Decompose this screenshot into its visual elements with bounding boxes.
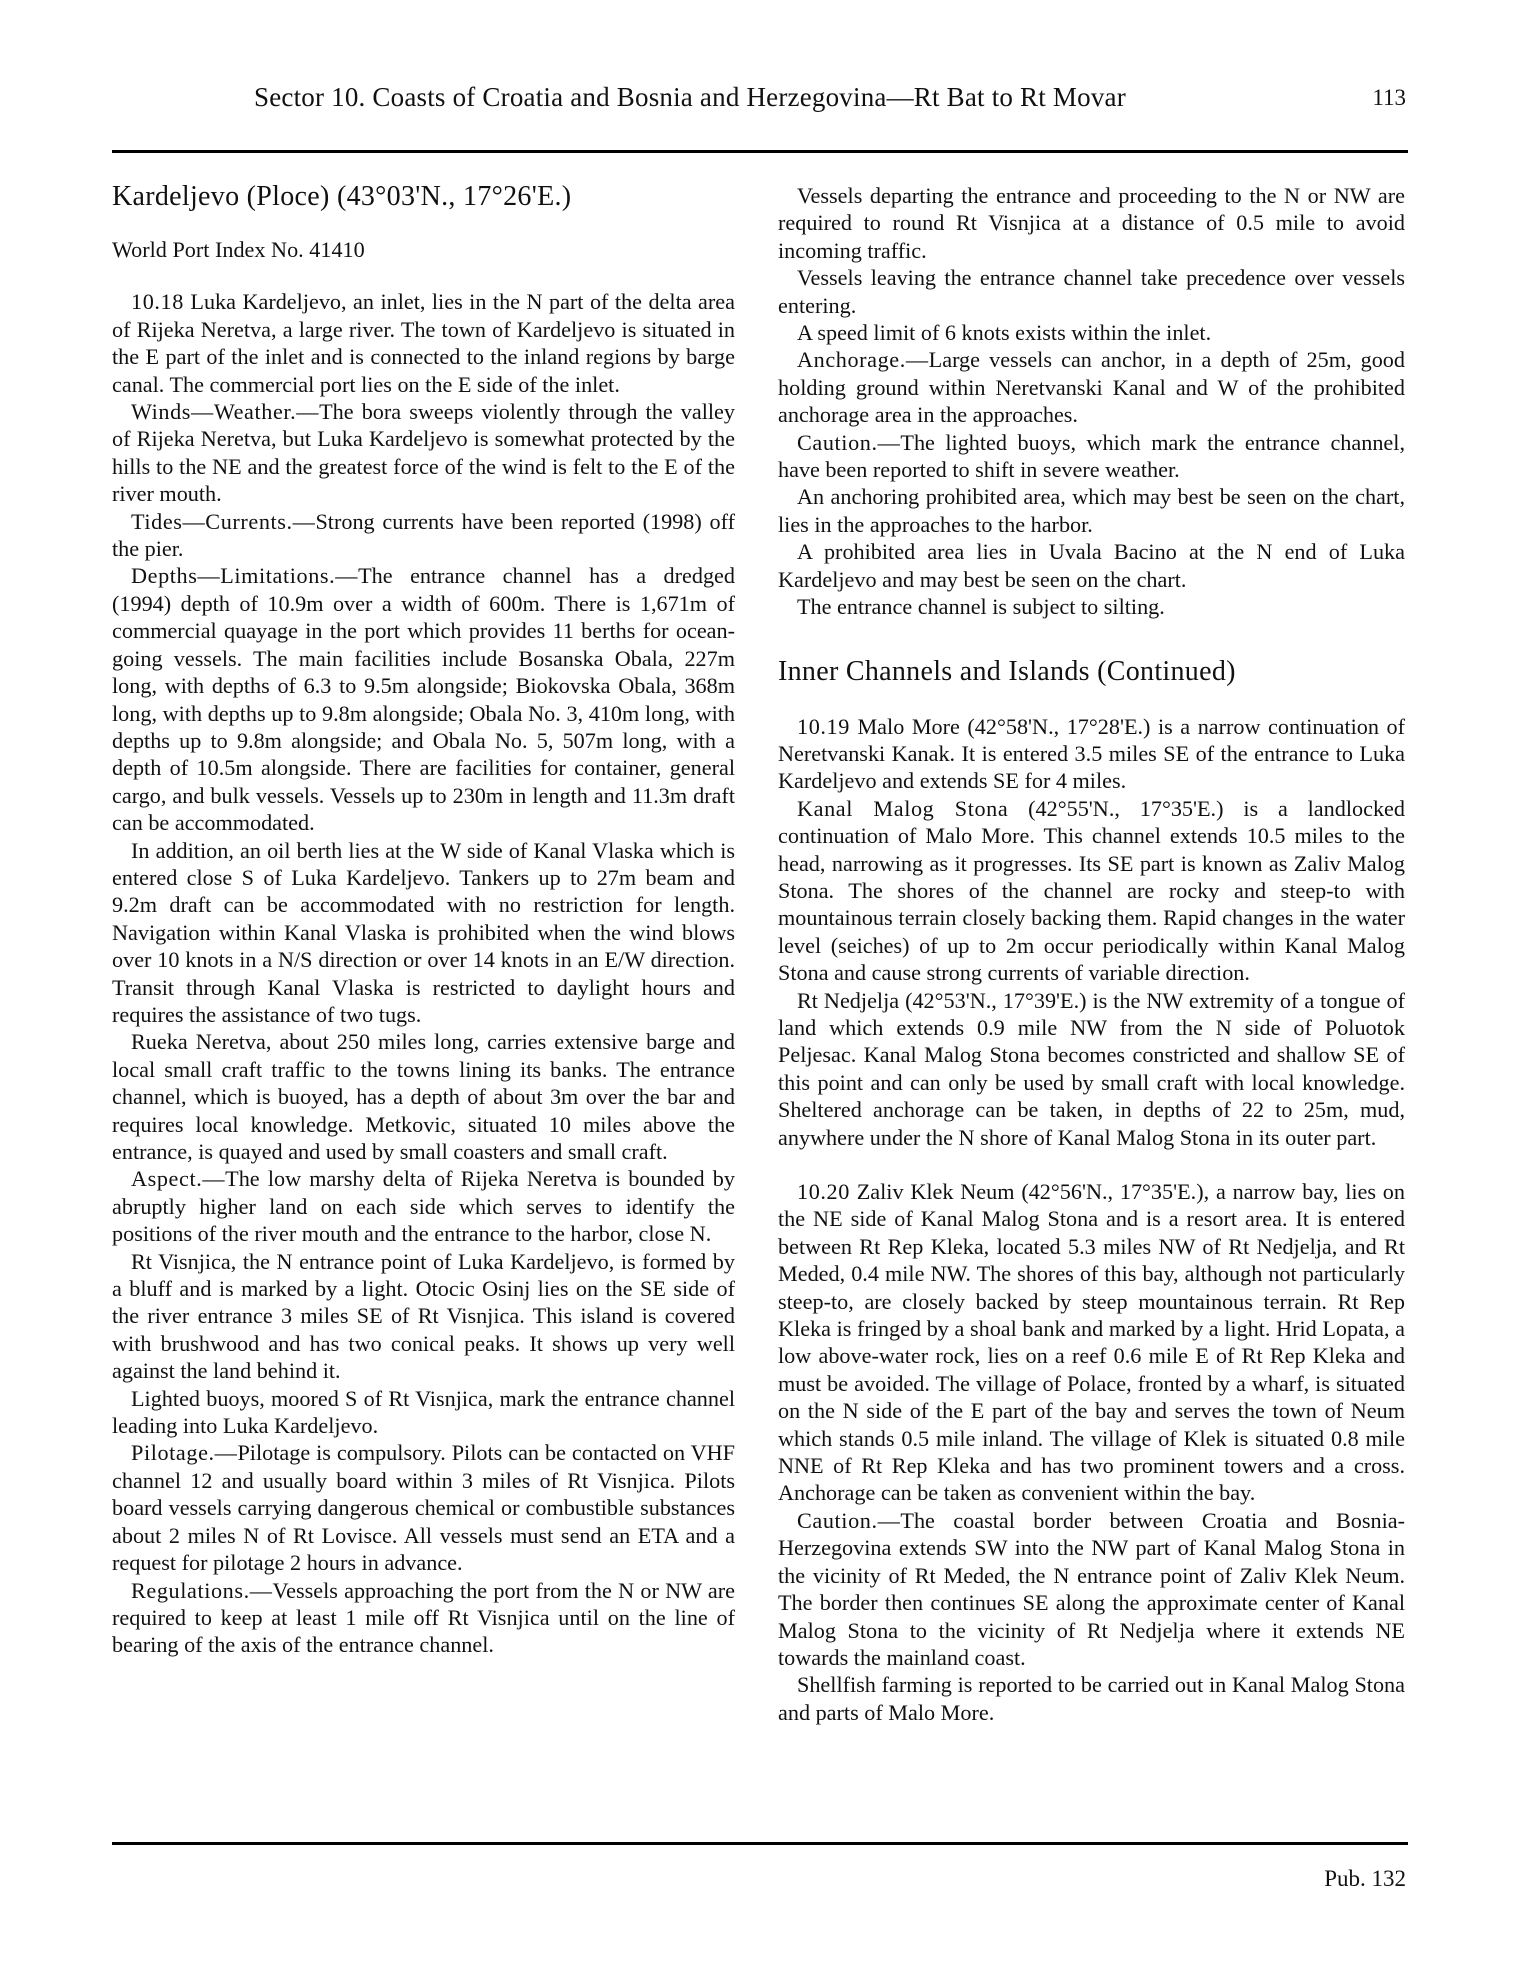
paragraph-rt-nedjelja: Rt Nedjelja (42°53'N., 17°39'E.) is the …	[778, 987, 1405, 1151]
paragraph-kanal-malog-stona: Kanal Malog Stona (42°55'N., 17°35'E.) i…	[778, 795, 1405, 987]
para-lead: Caution.—	[797, 430, 900, 455]
paragraph-speed-limit: A speed limit of 6 knots exists within t…	[778, 319, 1405, 346]
paragraph-shellfish: Shellfish farming is reported to be carr…	[778, 1671, 1405, 1726]
paragraph-10-18: 10.18 Luka Kardeljevo, an inlet, lies in…	[112, 288, 735, 398]
paragraph-vessels-leaving: Vessels leaving the entrance channel tak…	[778, 264, 1405, 319]
paragraph-depths-limitations: Depths—Limitations.—The entrance channel…	[112, 562, 735, 836]
paragraph-vessels-departing: Vessels departing the entrance and proce…	[778, 182, 1405, 264]
para-text: An anchoring prohibited area, which may …	[778, 484, 1405, 536]
left-column: Kardeljevo (Ploce) (43°03'N., 17°26'E.) …	[112, 180, 735, 1659]
paragraph-rt-visnjica: Rt Visnjica, the N entrance point of Luk…	[112, 1248, 735, 1385]
para-lead: Tides—Currents.—	[131, 509, 315, 534]
page-number: 113	[1372, 85, 1406, 111]
paragraph-10-19: 10.19 Malo More (42°58'N., 17°28'E.) is …	[778, 713, 1405, 795]
page-header: Sector 10. Coasts of Croatia and Bosnia …	[112, 82, 1406, 122]
para-text: Shellfish farming is reported to be carr…	[778, 1672, 1405, 1724]
paragraph-winds-weather: Winds—Weather.—The bora sweeps violently…	[112, 398, 735, 508]
para-text: The entrance channel is subject to silti…	[797, 594, 1165, 619]
paragraph-caution-buoys: Caution.—The lighted buoys, which mark t…	[778, 429, 1405, 484]
section-heading-inner-channels: Inner Channels and Islands (Continued)	[778, 655, 1405, 689]
para-text: Malo More (42°58'N., 17°28'E.) is a narr…	[778, 714, 1405, 794]
para-text: Zaliv Klek Neum (42°56'N., 17°35'E.), a …	[778, 1179, 1405, 1505]
paragraph-rueka-neretva: Rueka Neretva, about 250 miles long, car…	[112, 1028, 735, 1165]
world-port-index: World Port Index No. 41410	[112, 236, 735, 263]
para-lead: 10.19	[797, 714, 850, 739]
para-lead: Caution.—	[797, 1508, 900, 1533]
paragraph-oil-berth: In addition, an oil berth lies at the W …	[112, 837, 735, 1029]
footer-rule	[112, 1842, 1408, 1845]
paragraph-anchorage: Anchorage.—Large vessels can anchor, in …	[778, 346, 1405, 428]
para-text: Luka Kardeljevo, an inlet, lies in the N…	[112, 289, 735, 396]
para-text: Rt Visnjica, the N entrance point of Luk…	[112, 1249, 735, 1384]
para-lead: Winds—Weather.—	[131, 399, 319, 424]
para-lead: 10.18	[131, 289, 184, 314]
para-text: Lighted buoys, moored S of Rt Visnjica, …	[112, 1386, 735, 1438]
right-column: Vessels departing the entrance and proce…	[778, 182, 1405, 1726]
running-head-title: Sector 10. Coasts of Croatia and Bosnia …	[254, 82, 1126, 113]
paragraph-regulations: Regulations.—Vessels approaching the por…	[112, 1577, 735, 1659]
para-lead: Aspect.—	[131, 1166, 225, 1191]
para-text: Rt Nedjelja (42°53'N., 17°39'E.) is the …	[778, 988, 1405, 1150]
paragraph-aspect: Aspect.—The low marshy delta of Rijeka N…	[112, 1165, 735, 1247]
para-text: A speed limit of 6 knots exists within t…	[797, 320, 1211, 345]
para-lead: Pilotage.—	[131, 1440, 237, 1465]
para-text: Vessels leaving the entrance channel tak…	[778, 265, 1405, 317]
paragraph-pilotage: Pilotage.—Pilotage is compulsory. Pilots…	[112, 1439, 735, 1576]
para-lead: 10.20	[797, 1179, 850, 1204]
para-text: Rueka Neretva, about 250 miles long, car…	[112, 1029, 735, 1164]
para-text: A prohibited area lies in Uvala Bacino a…	[778, 539, 1405, 591]
para-text: (42°55'N., 17°35'E.) is a landlocked con…	[778, 796, 1405, 985]
paragraph-prohibited-area: A prohibited area lies in Uvala Bacino a…	[778, 538, 1405, 593]
paragraph-tides-currents: Tides—Currents.—Strong currents have bee…	[112, 508, 735, 563]
publication-number: Pub. 132	[1324, 1866, 1406, 1892]
paragraph-anchoring-prohibited: An anchoring prohibited area, which may …	[778, 483, 1405, 538]
para-text: Vessels departing the entrance and proce…	[778, 183, 1405, 263]
paragraph-lighted-buoys: Lighted buoys, moored S of Rt Visnjica, …	[112, 1385, 735, 1440]
para-lead: Anchorage.—	[797, 347, 929, 372]
paragraph-10-20: 10.20 Zaliv Klek Neum (42°56'N., 17°35'E…	[778, 1178, 1405, 1507]
para-lead: Regulations.—	[131, 1578, 273, 1603]
para-lead: Depths—Limitations.—	[131, 563, 358, 588]
para-lead: Kanal Malog Stona	[797, 796, 1008, 821]
para-text: In addition, an oil berth lies at the W …	[112, 838, 735, 1027]
paragraph-caution-border: Caution.—The coastal border between Croa…	[778, 1507, 1405, 1671]
para-text: The entrance channel has a dredged (1994…	[112, 563, 735, 835]
paragraph-silting: The entrance channel is subject to silti…	[778, 593, 1405, 620]
section-heading-kardeljevo: Kardeljevo (Ploce) (43°03'N., 17°26'E.)	[112, 180, 735, 214]
header-rule	[112, 150, 1408, 153]
